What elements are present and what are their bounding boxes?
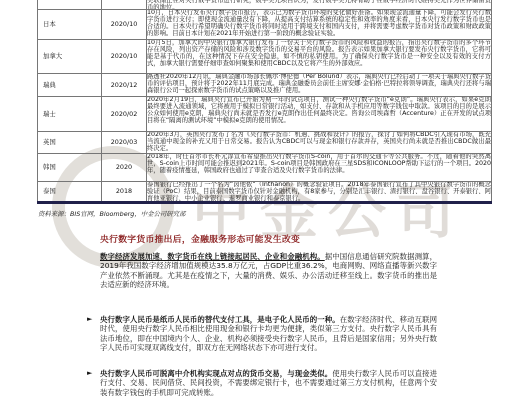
progress-cell: 泰国银行已经推出了一个名为“茵他侬”（Inthanon）的概念验证项目。2018… <box>147 182 491 201</box>
research-report-page: 中金公司 美联储正在对央行数字货币进行研究，数字美元项目认为，发行数字美元将有助… <box>0 0 520 400</box>
progress-cell: 美联储正在对央行数字货币进行研究，数字美元项目认为，发行数字美元将有助于在数字经… <box>147 0 491 9</box>
country-cell: 韩国 <box>38 164 101 171</box>
table-row: 加拿大 2020/10 10月5日，加拿大的中央银行加拿大银行发布了一份关于央行… <box>38 40 492 74</box>
paragraph-lead: 数字经济发展加速，数字货币在线上链接起居民、企业和金融机构。 <box>100 252 325 261</box>
table-row: 美联储正在对央行数字货币进行研究，数字美元项目认为，发行数字美元将有助于在数字经… <box>38 0 492 10</box>
country-cell: 瑞士 <box>38 111 101 118</box>
country-cell: 日本 <box>38 21 101 28</box>
table-row: 泰国 2018 泰国银行已经推出了一个名为“茵他侬”（Inthanon）的概念验… <box>38 182 492 203</box>
progress-cell: 2018年，时任首尔市长朴元淳宣布希望推出央行数字货币S-coin，用于首尔的交… <box>147 154 491 181</box>
table-row: 日本 2020/10 10月，日本央行发布央行数字货币报告，表示已为数字货币环境… <box>38 10 492 40</box>
date-cell: 2018 <box>102 188 146 195</box>
progress-cell: 10月，日本央行发布央行数字货币报告，表示已为数字货币环境的变化做好准备。如果现… <box>147 10 491 39</box>
country-cell: 加拿大 <box>38 53 101 60</box>
date-cell: 2020/12 <box>102 82 146 89</box>
progress-cell: 2020年2月19日，瑞典央行宣布已开始为期一年的试点项目，测试一种央行数字货币… <box>147 97 491 131</box>
date-cell: 2020 <box>102 164 146 171</box>
source-note: 资料来源：BIS官网，Bloomberg，中金公司研究部 <box>38 209 185 218</box>
country-cell: 英国 <box>38 139 101 146</box>
country-cell: 瑞典 <box>38 82 101 89</box>
intro-paragraph: 数字经济发展加速，数字货币在线上链接起居民、企业和金融机构。据中国信息通信研究院… <box>100 252 437 290</box>
date-cell: 2020/03 <box>102 139 146 146</box>
date-cell: 2020/02 <box>102 111 146 118</box>
bullet-item: ► 央行数字人民币是纸币人民币的替代支付工具，是电子化人民币的一种。在数字经济时… <box>87 315 437 353</box>
table-row: 韩国 2020 2018年，时任首尔市长朴元淳宣布希望推出央行数字货币S-coi… <box>38 154 492 182</box>
country-cell: 泰国 <box>38 188 101 195</box>
bullet-text: 央行数字人民币是纸币人民币的替代支付工具，是电子化人民币的一种。在数字经济时代、… <box>100 315 437 353</box>
progress-cell: 10月5日，加拿大的中央银行加拿大银行发布了一份关于央行数字货币的风险和收益的报… <box>147 40 491 73</box>
table-row: 英国 2020/03 2020年3月，英国央行发布了名为《央行数字货币：机遇、挑… <box>38 132 492 154</box>
date-cell: 2020/10 <box>102 21 146 28</box>
table-row: 瑞典 2020/12 路透社2020年12月讯，瑞典金融市场部长佩尔·博伦德（P… <box>38 74 492 97</box>
date-cell: 2020/10 <box>102 53 146 60</box>
bullet-lead: 央行数字人民币是纸币人民币的替代支付工具，是电子化人民币的一种。 <box>100 315 340 324</box>
bullet-item: ► 央行数字人民币可脱离中介机构实现点对点的货币交易，与现金类似。使用央行数字人… <box>87 369 437 397</box>
table-row: 瑞士 2020/02 2020年2月19日，瑞典央行宣布已开始为期一年的试点项目… <box>38 97 492 132</box>
progress-cell: 路透社2020年12月讯，瑞典金融市场部长佩尔·博伦德（Per Bolund）表… <box>147 74 491 96</box>
bullet-text: 央行数字人民币可脱离中介机构实现点对点的货币交易，与现金类似。使用央行数字人民币… <box>100 369 437 397</box>
progress-cell: 2020年3月，英国央行发布了名为《央行数字货币：机遇、挑战和设计》的报告，探讨… <box>147 132 491 153</box>
bullet-arrow-icon: ► <box>87 369 100 397</box>
section-heading: 央行数字货币推出后，金融服务形态可能发生改变 <box>100 232 300 245</box>
cbdc-progress-table: 美联储正在对央行数字货币进行研究，数字美元项目认为，发行数字美元将有助于在数字经… <box>37 0 492 204</box>
bullet-lead: 央行数字人民币可脱离中介机构实现点对点的货币交易，与现金类似。 <box>100 369 332 378</box>
bullet-arrow-icon: ► <box>87 315 100 353</box>
